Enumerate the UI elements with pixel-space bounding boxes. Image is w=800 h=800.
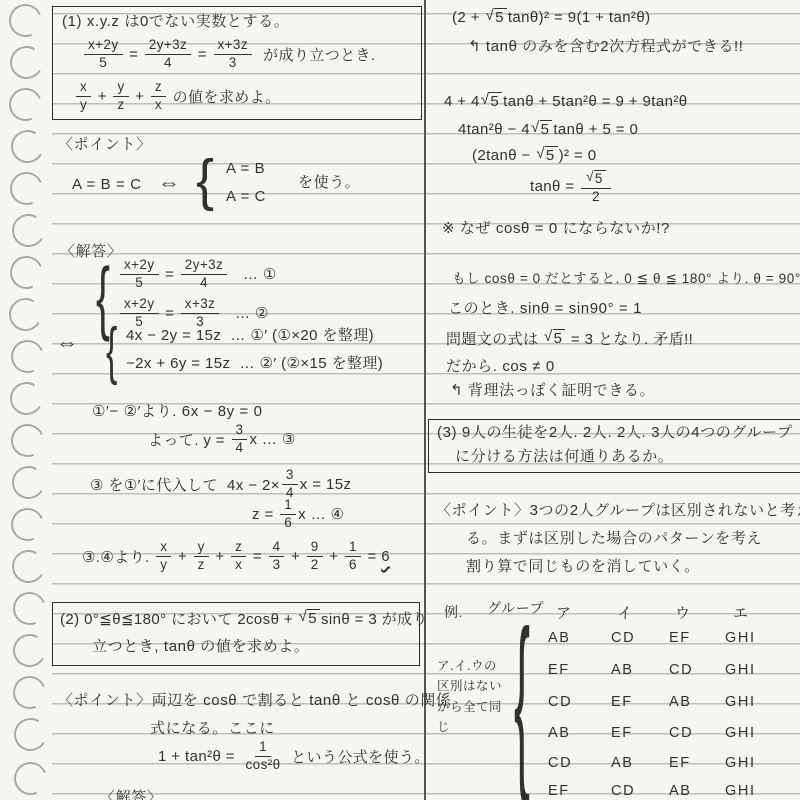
- cosine-note-5: ↰ 背理法っぽく証明できる。: [450, 382, 655, 400]
- problem3-point-line2: る。まずは区別した場合のパターンを考え: [466, 530, 762, 548]
- problem1-answer-label: 〈解答〉: [60, 243, 122, 261]
- table-header-cell: エ: [733, 602, 800, 623]
- table-cell: GHI: [725, 725, 797, 741]
- cosine-note-1: もし cosθ = 0 だとすると. 0 ≦ θ ≦ 180° より. θ = …: [452, 271, 800, 287]
- problem2-work-2: ↰ tanθ のみを含む2次方程式ができる!!: [468, 38, 744, 56]
- table-row: EF AB CD GHI: [548, 662, 797, 678]
- table-cell: AB: [611, 662, 669, 678]
- column-divider-line: [424, 0, 426, 800]
- table-cell: AB: [548, 725, 611, 741]
- solution-step-2: よって. y = 34x … ③: [148, 423, 296, 456]
- problem1-point-suffix: を使う。: [298, 174, 360, 192]
- table-cell: GHI: [725, 662, 797, 678]
- table-cell: EF: [611, 725, 669, 741]
- table-header-cell: ア: [556, 602, 617, 623]
- problem2-result: tanθ = √52: [530, 168, 613, 205]
- problem1-point-case2: A = C: [226, 188, 266, 206]
- problem2-work-5: (2tanθ − √5)² = 0: [472, 146, 596, 165]
- table-cell: GHI: [725, 755, 797, 771]
- cosine-note-4: だから. cos ≠ 0: [446, 358, 555, 376]
- iff-arrow: ⇔: [56, 330, 78, 356]
- table-cell: GHI: [725, 783, 797, 799]
- problem1-statement-line3: xy + yz + zx の値を求めよ。: [74, 80, 280, 113]
- table-cell: CD: [669, 662, 725, 678]
- table-cell: CD: [611, 630, 669, 646]
- solution-step-3: ③ を①′に代入して 4x − 2×34x = 15z: [90, 468, 351, 501]
- solution-step-1: ①′− ②′より. 6x − 8y = 0: [92, 403, 263, 421]
- table-header-cell: イ: [617, 602, 675, 623]
- equation-1-prime: 4x − 2y = 15z … ①′ (①×20 を整理): [126, 324, 374, 345]
- table-header-row: ア イ ウ エ: [556, 602, 800, 623]
- cosine-note-2: このとき. sinθ = sin90° = 1: [448, 300, 642, 318]
- table-cell: CD: [611, 783, 669, 799]
- ruled-lines: [0, 0, 800, 800]
- equation-2-prime: −2x + 6y = 15z … ②′ (②×15 を整理): [126, 352, 383, 373]
- problem1-point-label: 〈ポイント〉: [58, 136, 152, 154]
- problem2-answer-label-cut: 〈解答〉: [100, 789, 162, 800]
- table-cell: AB: [669, 694, 725, 710]
- notebook-page: (1) x.y.z は0でない実数とする。 x+2y5 = 2y+3z4 = x…: [0, 0, 800, 800]
- table-cell: EF: [669, 630, 725, 646]
- table-cell: EF: [669, 755, 725, 771]
- problem3-statement-line1: (3) 9人の生徒を2人. 2人. 2人. 3人の4つのグループ: [437, 424, 793, 442]
- problem2-work-3: 4 + 4√5tanθ + 5tan²θ = 9 + 9tan²θ: [444, 92, 687, 111]
- table-cell: AB: [669, 783, 725, 799]
- problem2-statement-line1: (2) 0°≦θ≦180° において 2cosθ + √5sinθ = 3 が成…: [60, 608, 428, 629]
- table-cell: GHI: [725, 630, 797, 646]
- table-cell: GHI: [725, 694, 797, 710]
- table-row: EF CD AB GHI: [548, 783, 797, 799]
- problem2-point-line2: 式になる。ここに: [150, 720, 275, 738]
- table-cell: AB: [611, 755, 669, 771]
- problem2-statement-line2: 立つとき, tanθ の値を求めよ。: [92, 638, 310, 656]
- table-annotation-line: じ: [437, 717, 502, 737]
- table-cell: CD: [548, 755, 611, 771]
- problem2-work-1: (2 + √5tanθ)² = 9(1 + tan²θ): [452, 8, 650, 27]
- table-row: AB CD EF GHI: [548, 630, 797, 646]
- table-cell: AB: [548, 630, 611, 646]
- table-annotation-line: ア.イ.ウの: [437, 656, 502, 676]
- table-annotation: ア.イ.ウの 区別はない から全て同 じ: [437, 656, 502, 737]
- table-caption: 例.: [444, 604, 463, 621]
- table-header-cell: ウ: [675, 602, 733, 623]
- problem2-work-4: 4tan²θ − 4√5tanθ + 5 = 0: [458, 120, 638, 139]
- table-row: CD AB EF GHI: [548, 755, 797, 771]
- problem3-point-line3: 割り算で同じものを消していく。: [466, 558, 700, 576]
- problem1-point-case1: A = B: [226, 160, 265, 178]
- solution-step-5: ③.④より. xy + yz + zx = 43 + 92 + 16 = 6: [82, 540, 390, 573]
- iff-arrow: ⇔: [158, 170, 180, 196]
- table-brace: {: [514, 608, 530, 800]
- problem1-point-lhs: A = B = C: [72, 176, 142, 194]
- table-cell: EF: [611, 694, 669, 710]
- problem1-statement-line2: x+2y5 = 2y+3z4 = x+3z3 が成り立つとき.: [82, 38, 376, 71]
- cosine-note-3: 問題文の式は √5 = 3 となり. 矛盾!!: [446, 328, 693, 349]
- problem1-statement-line1: (1) x.y.z は0でない実数とする。: [62, 13, 289, 31]
- table-annotation-line: から全て同: [437, 697, 502, 717]
- problem3-point-line1: 〈ポイント〉3つの2人グループは区別されないと考え: [436, 502, 800, 520]
- problem2-point-line1: 〈ポイント〉両辺を cosθ で割ると tanθ と cosθ の関係: [58, 692, 452, 710]
- table-cell: EF: [548, 783, 611, 799]
- solution-step-4: z = 16x … ④: [252, 498, 344, 531]
- case-brace: {: [196, 152, 214, 209]
- table-annotation-line: 区別はない: [437, 676, 502, 696]
- system2-brace: {: [106, 320, 117, 383]
- table-row: AB EF CD GHI: [548, 725, 797, 741]
- problem2-point-line3: 1 + tan²θ = 1cos²θ という公式を使う。: [158, 740, 430, 773]
- problem3-statement-line2: に分ける方法は何通りあるか。: [455, 448, 673, 466]
- table-cell: EF: [548, 662, 611, 678]
- table-cell: CD: [548, 694, 611, 710]
- equation-1: x+2y5 = 2y+3z4 … ①: [118, 258, 277, 291]
- cosine-note-title: ※ なぜ cosθ = 0 にならないか!?: [442, 220, 670, 238]
- table-cell: CD: [669, 725, 725, 741]
- table-row: CD EF AB GHI: [548, 694, 797, 710]
